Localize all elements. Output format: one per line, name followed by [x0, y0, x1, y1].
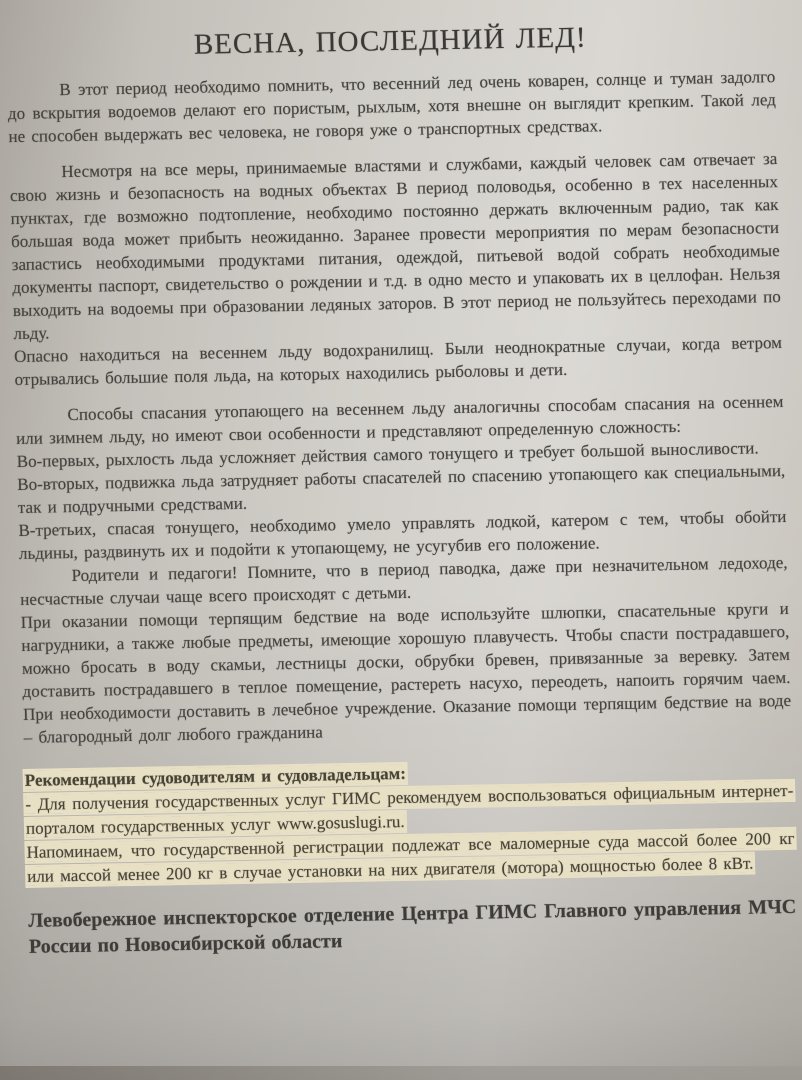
paragraph-spring-ice-warning: В этот период необходимо помнить, что ве…	[7, 65, 777, 148]
document-page: ВЕСНА, ПОСЛЕДНИЙ ЛЕД! В этот период необ…	[5, 0, 797, 960]
paragraph-water-assistance: При оказании помощи терпящим бедствие на…	[20, 597, 791, 749]
paragraph-flood-preparations: Несмотря на все меры, принимаемые властя…	[9, 147, 782, 345]
footer-signature: Левобережное инспекторское отделение Цен…	[28, 894, 797, 960]
recommendations-section: Рекомендации судоводителям и судовладель…	[24, 755, 795, 889]
document-title: ВЕСНА, ПОСЛЕДНИЙ ЛЕД!	[6, 17, 775, 65]
